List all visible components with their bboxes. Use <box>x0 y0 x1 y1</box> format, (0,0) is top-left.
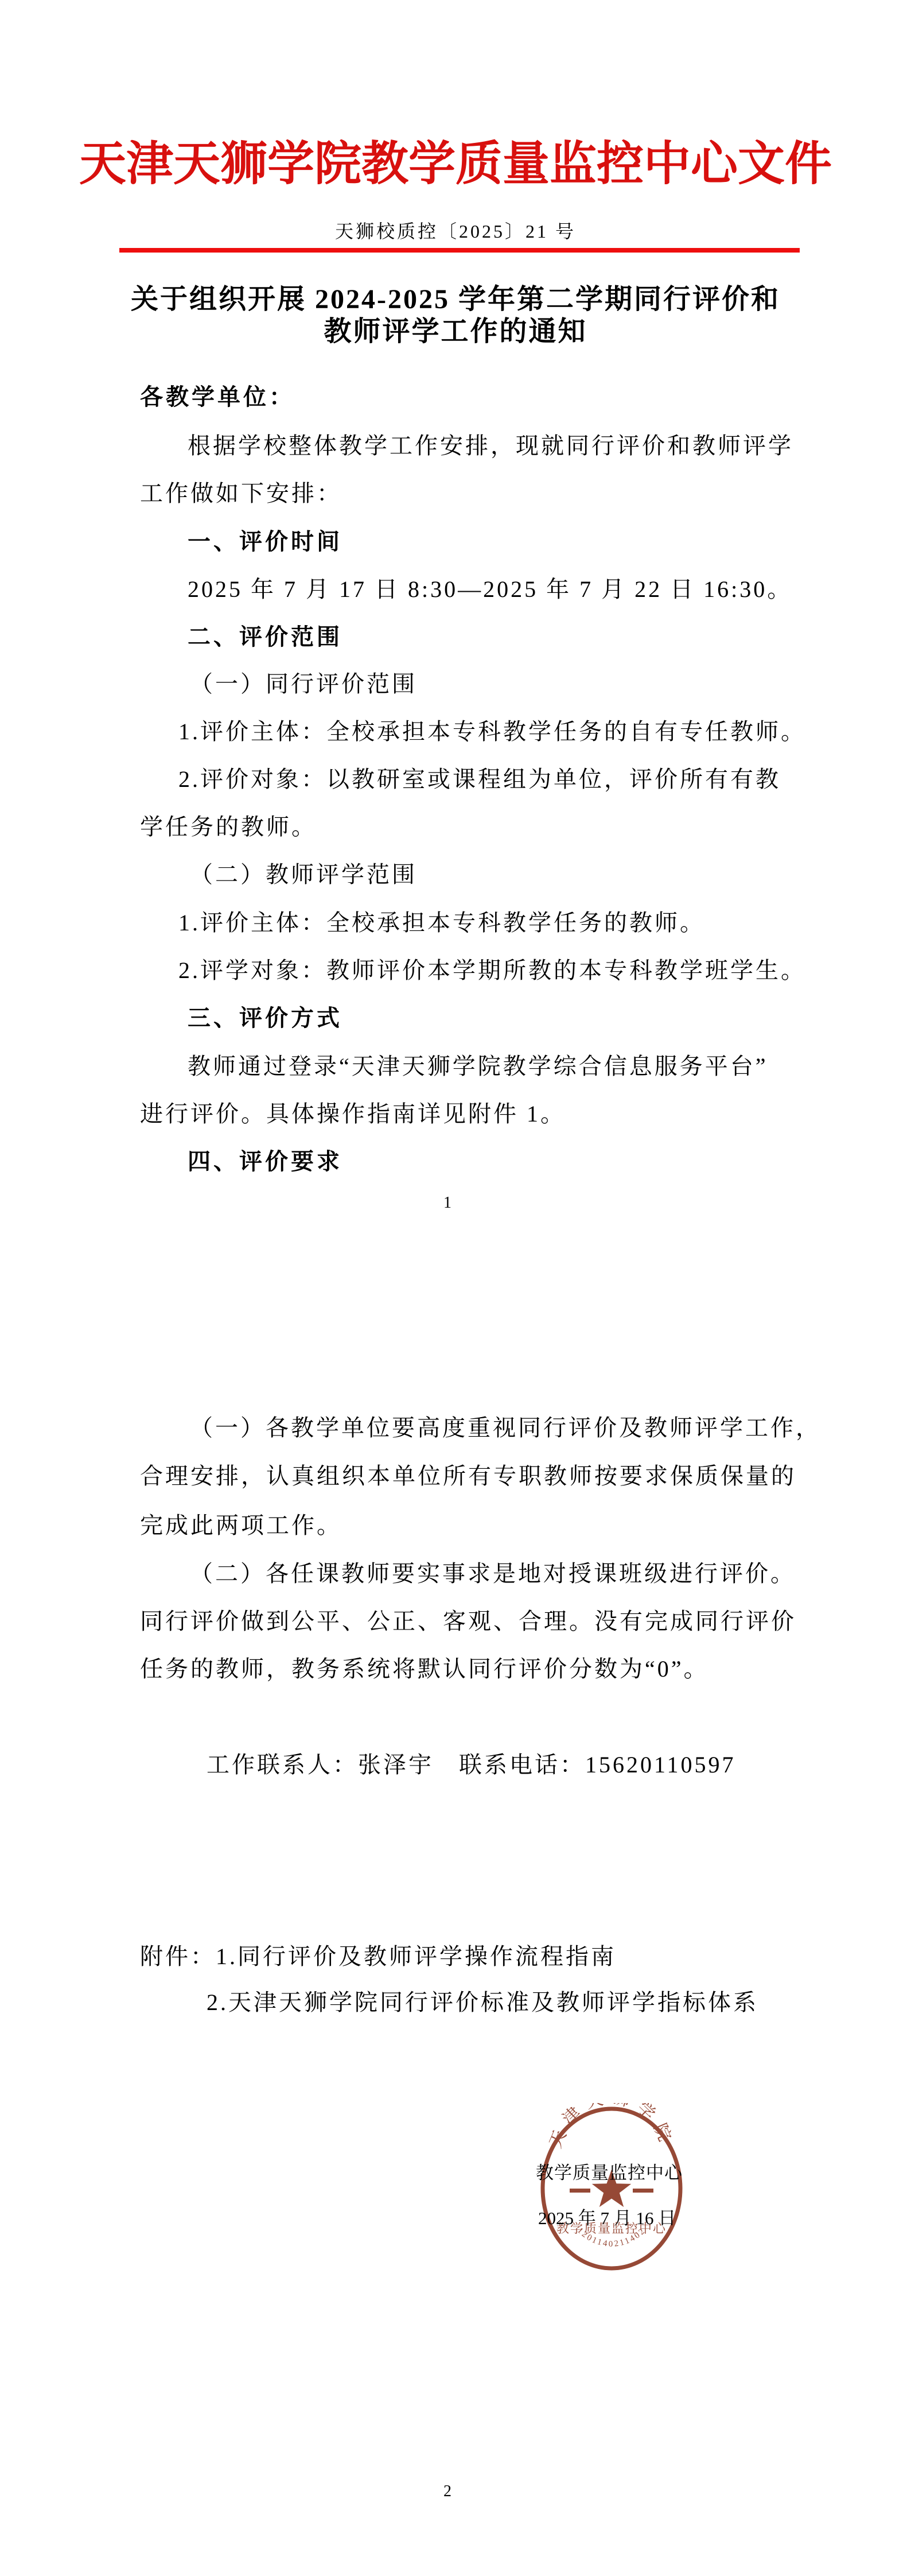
salutation: 各教学单位： <box>140 379 295 412</box>
body-line: 2.评学对象：教师评价本学期所教的本专科教学班学生。 <box>178 952 806 985</box>
section-heading-1: 一、评价时间 <box>188 523 342 556</box>
notice-title-line2: 教师评学工作的通知 <box>0 309 911 348</box>
red-header-org-title: 天津天狮学院教学质量监控中心文件 <box>0 126 911 193</box>
body-line: 完成此两项工作。 <box>140 1507 342 1540</box>
page-number-2: 2 <box>0 2482 895 2501</box>
subsection-heading: （一）各教学单位要高度重视同行评价及教师评学工作， <box>190 1410 821 1442</box>
subsection-heading: （一）同行评价范围 <box>190 666 417 699</box>
body-line: 2.评价对象：以教研室或课程组为单位，评价所有有教 <box>178 761 781 794</box>
issue-date: 2025 年 7 月 16 日 <box>538 2203 676 2229</box>
body-line: 1.评价主体：全校承担本专科教学任务的自有专任教师。 <box>178 713 806 746</box>
body-line: 工作做如下安排： <box>140 475 342 508</box>
attachment-line-2: 2.天津天狮学院同行评价标准及教师评学指标体系 <box>207 1984 758 2017</box>
seal-right-dash <box>633 2189 653 2193</box>
body-line: 学任务的教师。 <box>140 809 317 841</box>
section-heading-4: 四、评价要求 <box>188 1143 342 1176</box>
body-line: 合理安排，认真组织本单位所有专职教师按要求保质保量的 <box>140 1458 796 1491</box>
section-heading-2: 二、评价范围 <box>188 619 342 651</box>
seal-left-dash <box>570 2189 590 2193</box>
body-line: 1.评价主体：全校承担本专科教学任务的教师。 <box>178 905 705 937</box>
section-heading-3: 三、评价方式 <box>188 1000 342 1033</box>
body-line: 进行评价。具体操作指南详见附件 1。 <box>140 1096 566 1128</box>
page-number-1: 1 <box>0 1194 895 1212</box>
evaluation-time-line: 2025 年 7 月 17 日 8:30—2025 年 7 月 22 日 16:… <box>188 571 792 604</box>
body-line: 教师通过登录“天津天狮学院教学综合信息服务平台” <box>188 1048 768 1081</box>
signing-unit: 教学质量监控中心 <box>536 2158 683 2184</box>
body-line: 任务的教师，教务系统将默认同行评价分数为“0”。 <box>140 1651 709 1683</box>
attachment-line-1: 附件：1.同行评价及教师评学操作流程指南 <box>140 1938 616 1971</box>
red-separator-line <box>119 248 800 253</box>
subsection-heading: （二）各任课教师要实事求是地对授课班级进行评价。 <box>190 1555 796 1588</box>
doc-number: 天狮校质控〔2025〕21 号 <box>0 217 911 243</box>
official-seal: 天津天狮学院 教学质量监控中心 1201140211402 <box>538 2103 686 2274</box>
subsection-heading: （二）教师评学范围 <box>190 856 417 889</box>
body-line: 同行评价做到公平、公正、客观、合理。没有完成同行评价 <box>140 1603 796 1636</box>
official-document: 天津天狮学院教学质量监控中心文件 天狮校质控〔2025〕21 号 关于组织开展 … <box>0 0 911 2576</box>
contact-line: 工作联系人：张泽宇 联系电话：15620110597 <box>207 1747 736 1779</box>
body-line: 根据学校整体教学工作安排，现就同行评价和教师评学 <box>188 428 793 460</box>
